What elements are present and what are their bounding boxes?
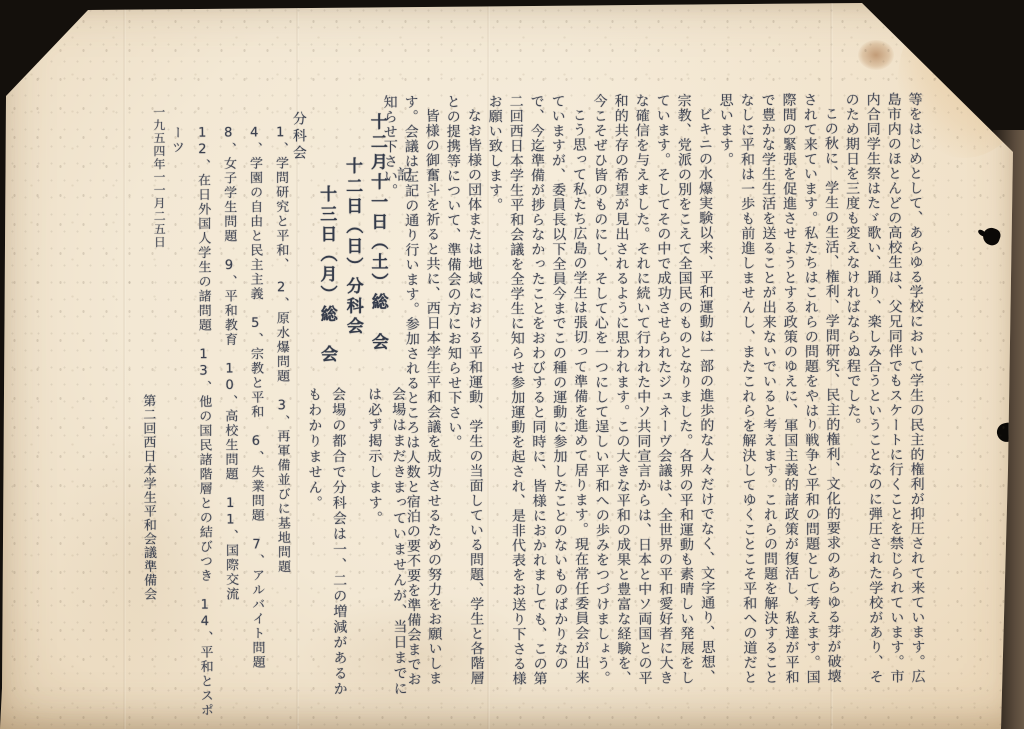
body-paragraph: なお皆様の団体または地域における平和運動、学生の当面している問題、学生と各階層と… — [442, 94, 487, 686]
body-paragraph: 等をはじめとして、あらゆる学校において学生の民主的権利が抑圧されて来ています。広… — [841, 92, 928, 684]
schedule-line-subcommittee-day: 十二日（日）分科会 — [340, 157, 366, 337]
subcommittee-list: 1、学問研究と平和、 2、原水爆問題 3、再軍備並びに基地問題 4、学園の自由と… — [175, 125, 296, 722]
subcommittee-group: 12、在日外国人学生の諸問題 13、他の国民諸階層との結びつき 14、平和とスポ… — [163, 126, 218, 722]
date-line: 一九五四年一一月二五日 — [151, 106, 169, 249]
notice-label: 記 — [394, 167, 415, 184]
scanned-page: 等をはじめとして、あらゆる学校において学生の民主的権利が抑圧されて来ています。広… — [0, 0, 1024, 729]
schedule-line-general-meeting-2: 十三日（月）総 会 — [314, 185, 340, 365]
venue-note: 会場の都合で分科会は一、二の増減があるかもわかりません。 — [300, 387, 352, 703]
subcommittee-group: 1、学問研究と平和、 2、原水爆問題 3、再軍備並びに基地問題 — [267, 125, 296, 721]
body-paragraph: ビキニの水爆実験以来、平和運動は一部の進歩的な人々だけでなく、文字通り、思想、宗… — [589, 93, 718, 686]
organizer-signature: 第二回西日本学生平和会議準備会 — [138, 394, 158, 601]
scanner-background: 等をはじめとして、あらゆる学校において学生の民主的権利が抑圧されて来ています。広… — [0, 0, 1024, 729]
subcommittee-group: 8、女子学生問題 9、平和教育 10、高校生問題 11、国際交流 — [215, 125, 244, 721]
body-paragraph: こう思って私たち広島の学生は張切って準備を進めて居ります。現在常任委員会が出来て… — [484, 94, 592, 687]
venue-note: 会場はまだきまっていませんが、当日までには必ず掲示します。 — [360, 387, 412, 703]
page-number-badge: 9 — [889, 5, 922, 38]
subcommittee-group: 4、学園の自由と民主主義 5、宗教と平和 6、失業問題 7、アルバイト問題 — [241, 125, 270, 721]
page-content: 等をはじめとして、あらゆる学校において学生の民主的権利が抑圧されて来ています。広… — [0, 0, 1024, 729]
schedule-line-general-meeting-1: 十二月十一日（土）総 会 — [365, 113, 391, 353]
body-text: 等をはじめとして、あらゆる学校において学生の民主的権利が抑圧されて来ています。広… — [397, 92, 928, 687]
body-paragraph: この秋に、学生の生活、権利、学問研究、民主的権利、文化的要求のあらゆる芽が破壊さ… — [715, 92, 844, 685]
